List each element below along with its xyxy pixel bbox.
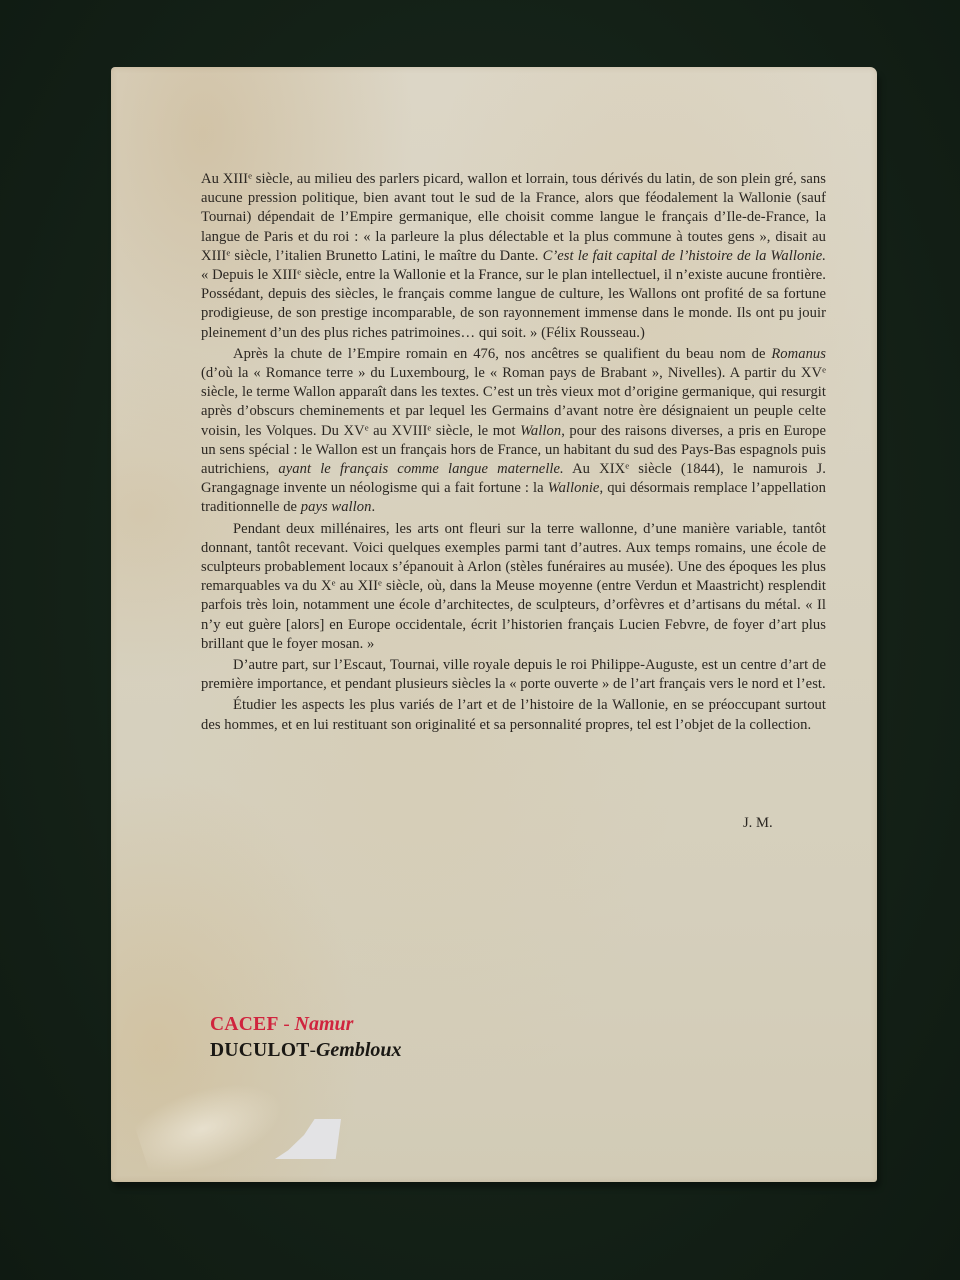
publisher-imprint: CACEF - Namur DUCULOT-Gembloux [210, 1012, 402, 1064]
publisher-name: DUCULOT [210, 1040, 310, 1061]
paragraph: Après la chute de l’Empire romain en 476… [201, 345, 826, 518]
book-back-cover: Au XIIIe siècle, au milieu des parlers p… [111, 67, 877, 1182]
publisher-name: CACEF [210, 1014, 279, 1035]
publisher-separator: - [279, 1014, 295, 1035]
paragraph: Au XIIIe siècle, au milieu des parlers p… [201, 170, 826, 343]
publisher-city: Namur [295, 1013, 354, 1035]
cover-blurb: Au XIIIe siècle, au milieu des parlers p… [201, 170, 826, 735]
paragraph: Étudier les aspects les plus variés de l… [201, 696, 826, 734]
publisher-city: Gembloux [316, 1039, 402, 1061]
publisher-line-cacef: CACEF - Namur [210, 1012, 402, 1038]
paragraph: Pendant deux millénaires, les arts ont f… [201, 520, 826, 654]
publisher-line-duculot: DUCULOT-Gembloux [210, 1038, 402, 1064]
worn-paper-area [128, 1056, 308, 1191]
author-initials: J. M. [743, 815, 773, 832]
paragraph: D’autre part, sur l’Escaut, Tournai, vil… [201, 656, 826, 694]
